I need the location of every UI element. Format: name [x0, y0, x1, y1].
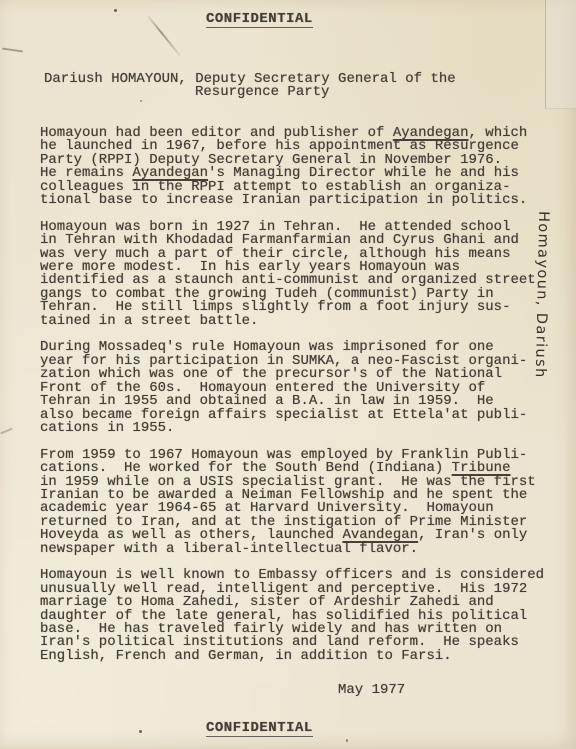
paragraph: Homayoun had been editor and publisher o…	[40, 127, 552, 207]
date-line: May 1977	[338, 684, 405, 697]
text-segment: cations in 1955.	[40, 420, 174, 436]
text-line: newspaper with a liberal-intellectual fl…	[40, 543, 552, 556]
document-body: Homayoun had been editor and publisher o…	[40, 127, 552, 663]
classification-footer: CONFIDENTIAL	[206, 722, 313, 737]
paragraph: From 1959 to 1967 Homayoun was employed …	[40, 449, 552, 556]
classification-header: CONFIDENTIAL	[206, 13, 313, 28]
paragraph: Homayoun is well known to Embassy office…	[40, 569, 552, 663]
text-line: tional base to increase Iranian particip…	[40, 194, 552, 207]
paper-edge-artifact	[545, 0, 576, 109]
pencil-mark-left-dash	[2, 48, 23, 53]
text-segment: tional base to increase Iranian particip…	[40, 192, 527, 208]
paragraph: Homayoun was born in 1927 in Tehran. He …	[40, 221, 552, 328]
ink-speck	[346, 739, 348, 742]
text-segment: , Iran's only	[418, 527, 527, 543]
ink-speck	[114, 9, 117, 12]
text-segment: tained in a street battle.	[40, 313, 258, 329]
ink-speck	[140, 100, 142, 102]
text-line: cations in 1955.	[40, 422, 552, 435]
text-line: English, French and German, in addition …	[40, 650, 552, 663]
title-line-2: Resurgence Party	[44, 86, 456, 99]
text-segment: newspaper with a liberal-intellectual fl…	[40, 541, 418, 557]
pencil-mark-left-curl	[0, 428, 13, 435]
paragraph: During Mossadeq's rule Homayoun was impr…	[40, 341, 552, 435]
text-segment: English, French and German, in addition …	[40, 648, 452, 664]
ink-speck	[139, 730, 142, 733]
text-line: tained in a street battle.	[40, 315, 552, 328]
document-page: CONFIDENTIAL Dariush HOMAYOUN, Deputy Se…	[0, 0, 576, 749]
document-title: Dariush HOMAYOUN, Deputy Secretary Gener…	[44, 73, 456, 100]
pencil-mark-diagonal	[147, 15, 180, 56]
